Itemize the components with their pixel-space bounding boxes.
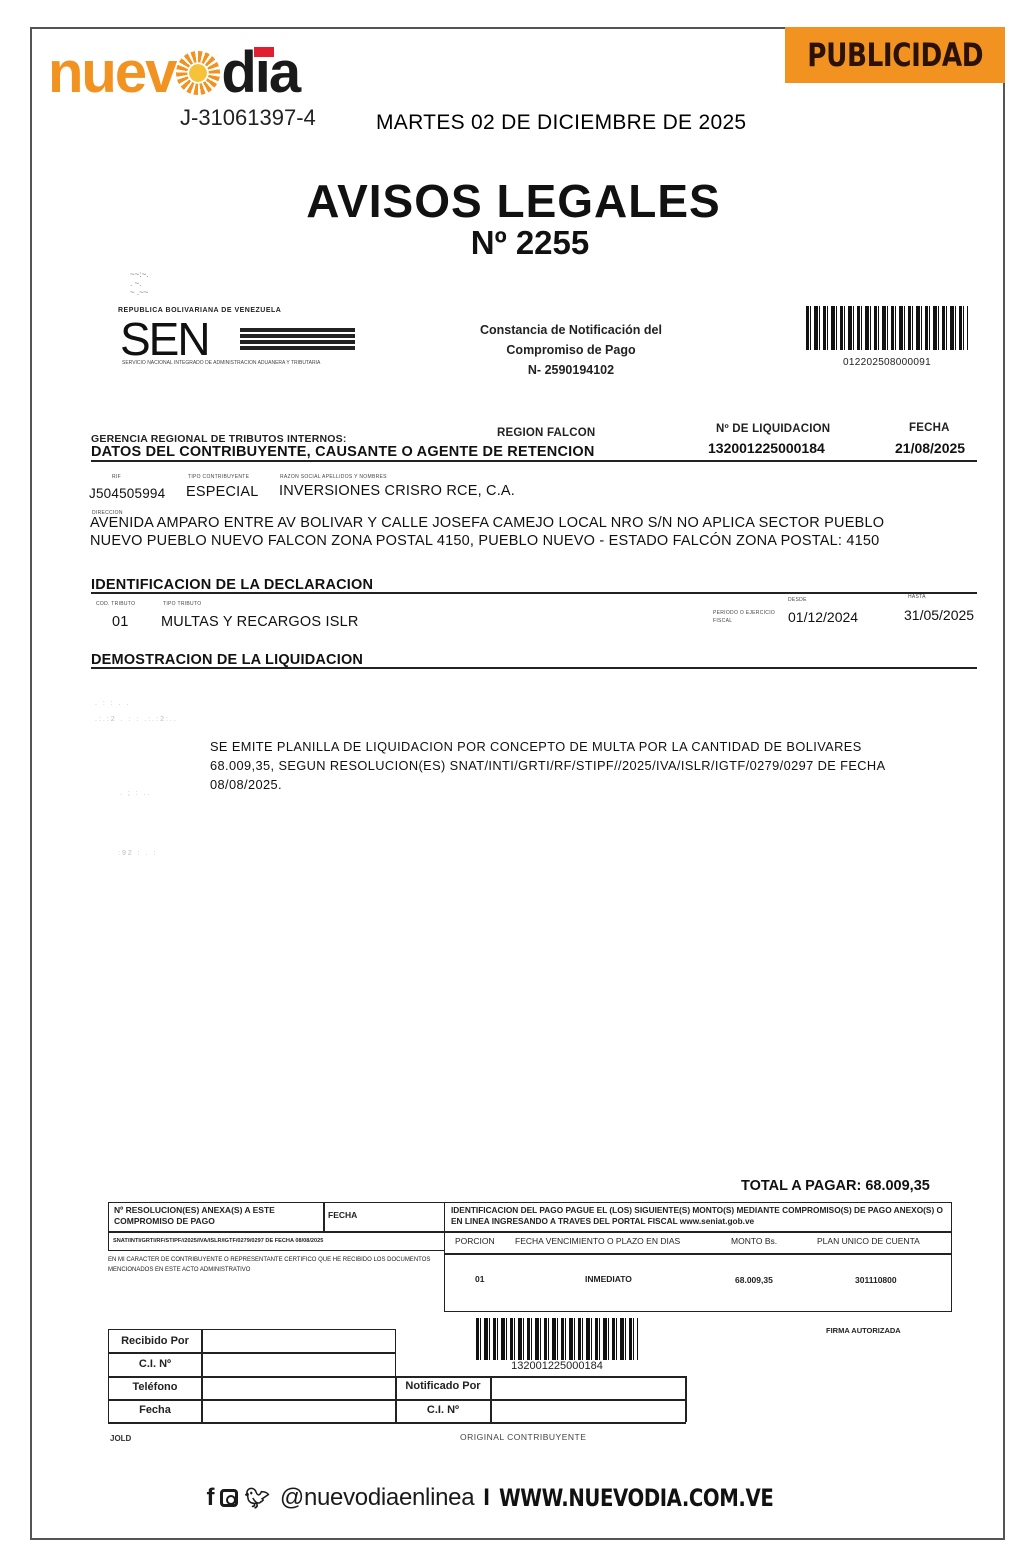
tipo-tributo: MULTAS Y RECARGOS ISLR <box>161 614 359 630</box>
faint-background-text: . ; : .. <box>120 790 152 797</box>
publication-date: MARTES 02 DE DICIEMBRE DE 2025 <box>376 111 746 135</box>
row-vencimiento: INMEDIATO <box>585 1274 632 1285</box>
col-cuenta: PLAN UNICO DE CUENTA <box>817 1236 920 1247</box>
section-rule <box>91 667 977 669</box>
direccion-line-2: NUEVO PUEBLO NUEVO FALCON ZONA POSTAL 41… <box>90 533 879 549</box>
fecha-firma-label: Fecha <box>110 1404 200 1416</box>
accent-mark <box>254 47 274 57</box>
liquidacion-label: Nº DE LIQUIDACION <box>716 423 830 435</box>
contribuyente-rif: J504505994 <box>89 486 165 501</box>
divider <box>445 1253 951 1255</box>
direccion-line-1: AVENIDA AMPARO ENTRE AV BOLIVAR Y CALLE … <box>90 515 884 531</box>
divider <box>108 1422 686 1424</box>
liquidacion-paragraph: SE EMITE PLANILLA DE LIQUIDACION POR CON… <box>210 737 910 794</box>
barcode-top <box>806 306 968 350</box>
social-handle[interactable]: @nuevodiaenlinea <box>280 1484 474 1512</box>
divider <box>323 1203 325 1231</box>
fecha-label: FECHA <box>909 422 950 434</box>
constancia-line-2: Compromiso de Pago <box>466 340 676 360</box>
certifica-text: EN MI CARACTER DE CONTRIBUYENTE O REPRES… <box>108 1255 443 1275</box>
contribuyente-tipo: ESPECIAL <box>186 484 259 500</box>
ci-notificado-label: C.I. Nº <box>397 1404 489 1416</box>
liquidacion-date: 21/08/2025 <box>895 440 965 456</box>
constancia-title: Constancia de Notificación del Compromis… <box>466 320 676 380</box>
facebook-icon[interactable]: f <box>206 1484 214 1512</box>
faint-background-text: :92 : . : <box>118 850 157 857</box>
tipo-contribuyente-label: TIPO CONTRIBUYENTE <box>188 474 249 480</box>
paragraph-line: 08/08/2025. <box>210 775 910 794</box>
divider <box>108 1352 396 1354</box>
seniat-logo: ~~:~.. ~.~ .~~ REPUBLICA BOLIVARIANA DE … <box>118 270 368 380</box>
section-rule <box>91 460 977 462</box>
constancia-number: N- 2590194102 <box>466 360 676 380</box>
nuevodia-logo: nuev dia <box>48 44 299 102</box>
divider <box>109 1231 444 1233</box>
row-cuenta: 301110800 <box>855 1275 897 1286</box>
cod-tributo-label: COD. TRIBUTO <box>96 601 135 607</box>
divider <box>490 1376 492 1422</box>
copy-label: ORIGINAL CONTRIBUYENTE <box>460 1432 586 1442</box>
section-badge-label: PUBLICIDAD <box>807 36 983 74</box>
razon-social: INVERSIONES CRISRO RCE, C.A. <box>279 483 515 499</box>
faint-background-text: .:.:2 . : : .:.:2:.. <box>95 716 178 723</box>
row-monto: 68.009,35 <box>735 1275 773 1286</box>
liquidacion-section-title: DEMOSTRACION DE LA LIQUIDACION <box>91 652 363 668</box>
seniat-logo-bars <box>240 328 355 350</box>
divider <box>445 1231 951 1233</box>
divider <box>108 1376 686 1378</box>
website-link[interactable]: WWW.NUEVODIA.COM.VE <box>499 1484 773 1512</box>
rif-label: RIF <box>112 474 121 480</box>
footer: f 🐦︎ @nuevodiaenlinea I WWW.NUEVODIA.COM… <box>0 1484 1027 1512</box>
divider <box>108 1399 686 1401</box>
section-badge: PUBLICIDAD <box>785 27 1005 83</box>
resolucion-fecha-header: FECHA <box>328 1210 357 1221</box>
publisher-rif: J-31061397-4 <box>180 105 316 131</box>
paragraph-line: 68.009,35, SEGUN RESOLUCION(ES) SNAT/INT… <box>210 756 910 775</box>
col-porcion: PORCION <box>455 1236 495 1247</box>
initials: JOLD <box>110 1434 131 1443</box>
logo-text-orange: nuev <box>48 44 175 102</box>
barcode-top-number: 012202508000091 <box>806 357 968 368</box>
resolucion-header: Nº RESOLUCION(ES) ANEXA(S) A ESTE COMPRO… <box>114 1205 319 1227</box>
periodo-label: PERIODO O EJERCICIO FISCAL <box>713 609 783 625</box>
section-rule <box>91 592 977 594</box>
resolucion-value: SNAT/INTI/GRTI/RF/STIPF//2025/IVA/ISLR/I… <box>113 1236 443 1247</box>
contribuyente-section-title: DATOS DEL CONTRIBUYENTE, CAUSANTE O AGEN… <box>91 444 595 460</box>
col-vencimiento: FECHA VENCIMIENTO O PLAZO EN DIAS <box>515 1236 680 1247</box>
total-a-pagar: TOTAL A PAGAR: 68.009,35 <box>741 1178 930 1194</box>
notificado-por-label: Notificado Por <box>397 1380 489 1392</box>
razon-social-label: RAZON SOCIAL APELLIDOS Y NOMBRES <box>280 474 387 480</box>
handwritten-mark: ~~:~.. ~.~ .~~ <box>130 270 148 297</box>
identificacion-pago-text: IDENTIFICACION DEL PAGO PAGUE EL (LOS) S… <box>451 1205 949 1227</box>
constancia-line-1: Constancia de Notificación del <box>466 320 676 340</box>
footer-separator: I <box>483 1484 490 1512</box>
col-monto: MONTO Bs. <box>731 1236 777 1247</box>
payment-table: IDENTIFICACION DEL PAGO PAGUE EL (LOS) S… <box>444 1202 952 1312</box>
recibido-por-label: Recibido Por <box>110 1335 200 1347</box>
desde-label: DESDE <box>788 597 807 603</box>
cod-tributo: 01 <box>112 614 129 630</box>
logo-text-black: dia <box>221 44 299 102</box>
hasta-label: HASTA <box>908 594 926 600</box>
declaracion-section-title: IDENTIFICACION DE LA DECLARACION <box>91 577 373 593</box>
tipo-tributo-label: TIPO TRIBUTO <box>163 601 201 607</box>
divider <box>685 1376 687 1422</box>
row-porcion: 01 <box>475 1274 484 1285</box>
instagram-icon[interactable] <box>220 1489 238 1507</box>
sun-icon <box>176 51 220 95</box>
faint-background-text: . : : . . <box>95 700 131 707</box>
barcode-bottom <box>476 1318 638 1360</box>
notice-number: Nº 2255 <box>0 224 1027 262</box>
barcode-bottom-number: 132001225000184 <box>476 1360 638 1372</box>
region-label: REGION FALCON <box>497 427 595 439</box>
periodo-desde: 01/12/2024 <box>788 609 858 625</box>
seniat-wordmark: SEN <box>120 316 209 362</box>
seniat-fine-print: SERVICIO NACIONAL INTEGRADO DE ADMINISTR… <box>122 360 362 366</box>
page-title: AVISOS LEGALES <box>0 174 1027 228</box>
twitter-icon[interactable]: 🐦︎ <box>244 1486 269 1511</box>
telefono-label: Teléfono <box>110 1381 200 1393</box>
resolucion-table: Nº RESOLUCION(ES) ANEXA(S) A ESTE COMPRO… <box>108 1202 445 1251</box>
paragraph-line: SE EMITE PLANILLA DE LIQUIDACION POR CON… <box>210 737 910 756</box>
firma-autorizada-label: FIRMA AUTORIZADA <box>826 1326 901 1335</box>
periodo-hasta: 31/05/2025 <box>904 607 974 623</box>
liquidacion-number: 132001225000184 <box>708 440 825 456</box>
ci-label: C.I. Nº <box>110 1358 200 1370</box>
